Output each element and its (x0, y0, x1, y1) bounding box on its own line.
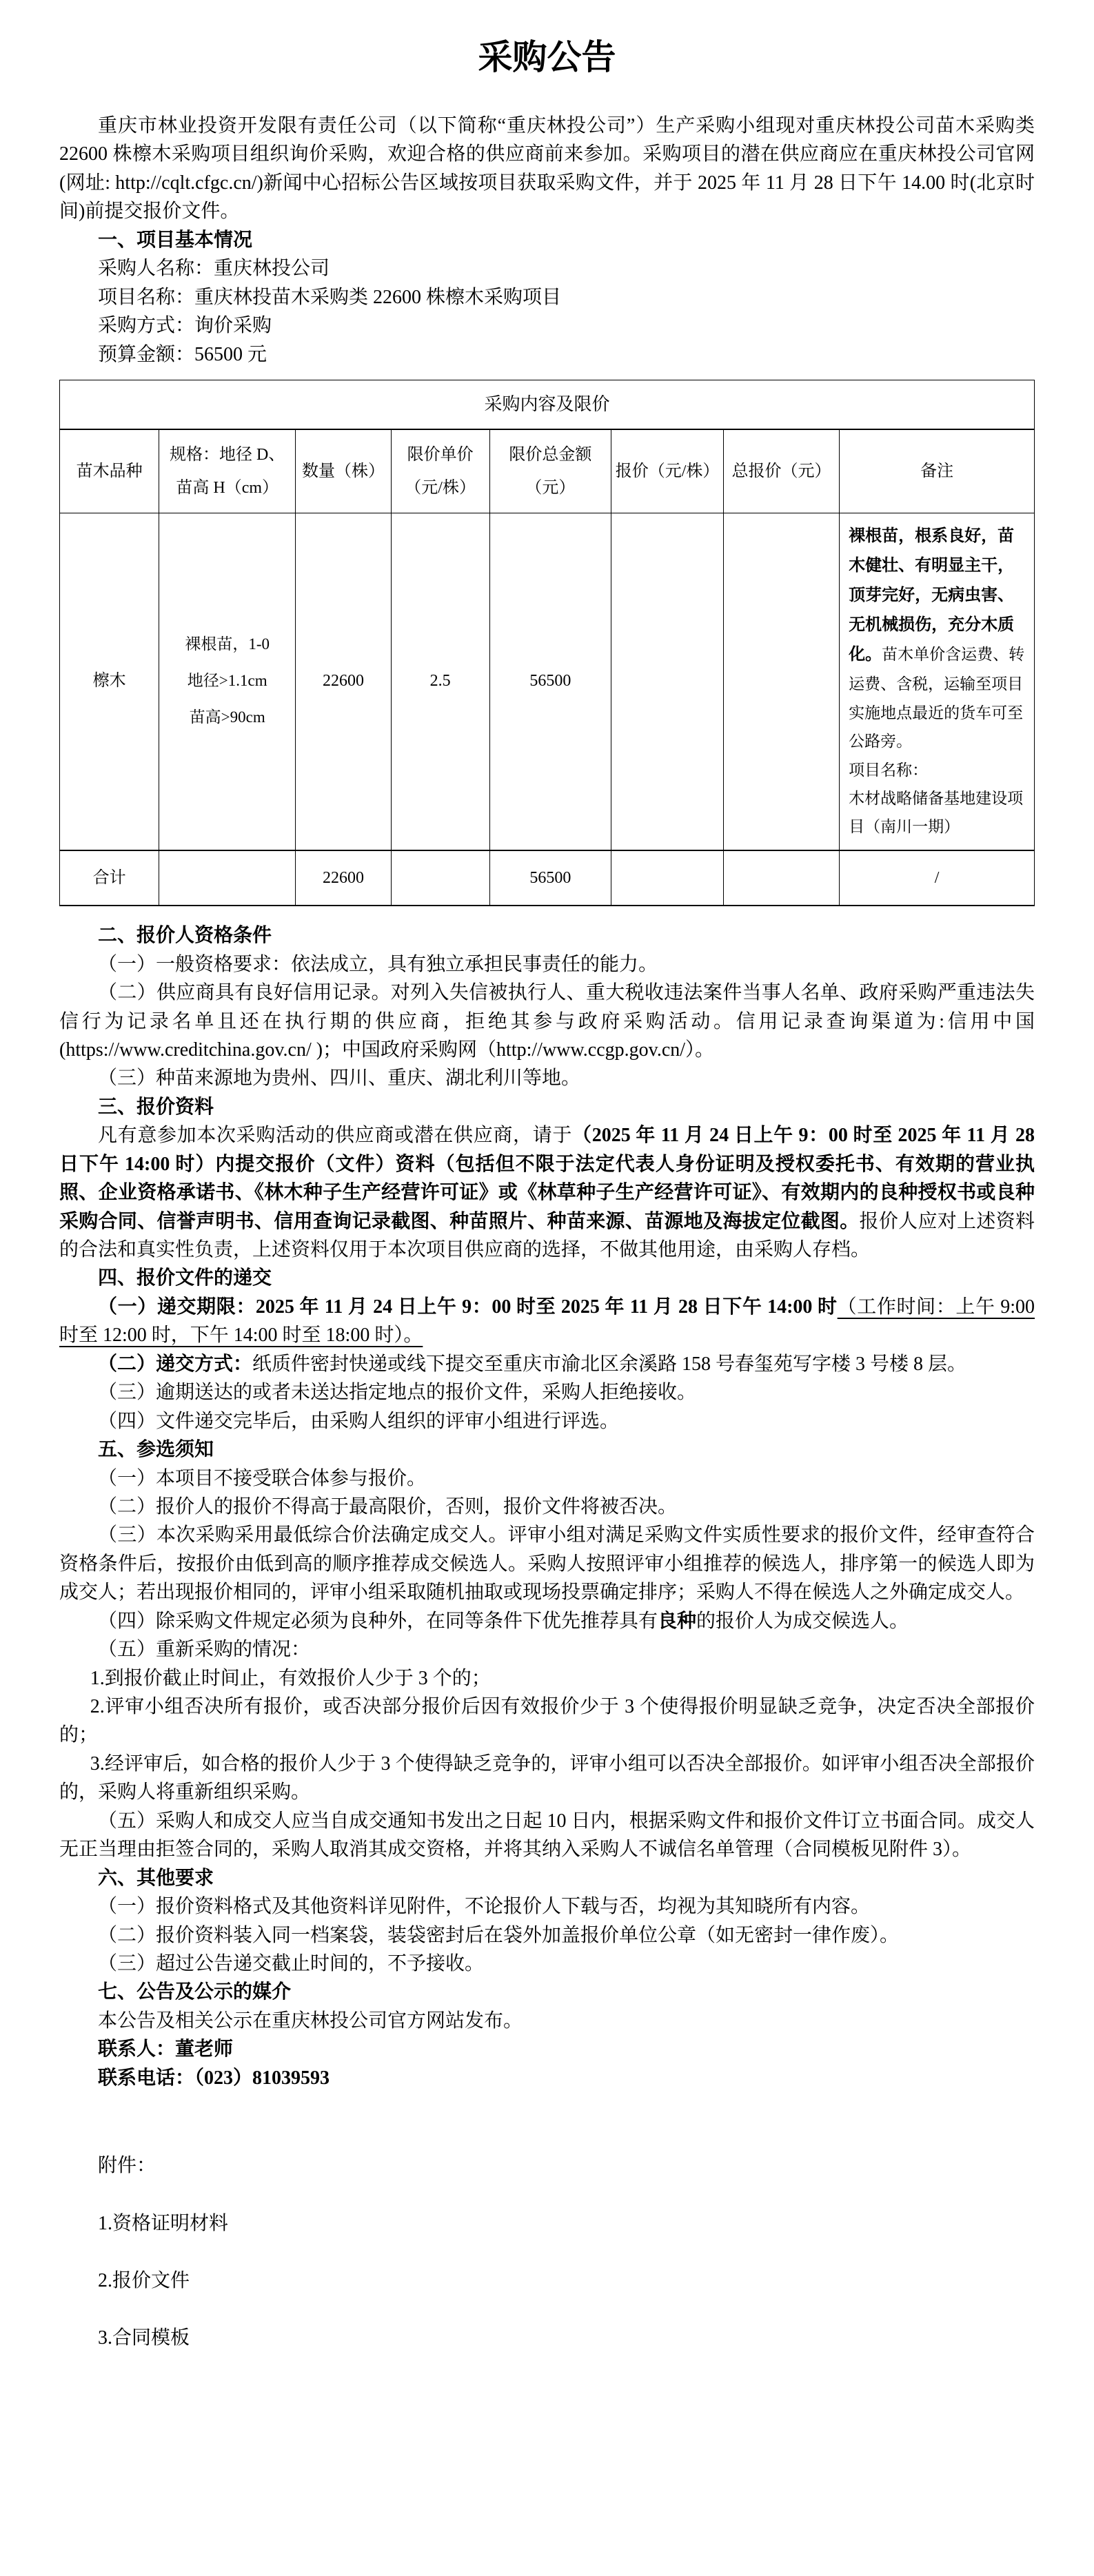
procurement-announcement-document: 采购公告 重庆市林业投资开发限有责任公司（以下简称“重庆林投公司”）生产采购小组… (0, 0, 1094, 2576)
contact-person-line: 联系人：董老师 (59, 2035, 1035, 2063)
budget-amount-line: 预算金额：56500 元 (59, 340, 1035, 369)
total-price-limit: 56500 (489, 850, 611, 906)
spec-line-3: 苗高>90cm (163, 699, 291, 736)
section7-heading: 七、公告及公示的媒介 (59, 1978, 1035, 2006)
cell-remark: 裸根苗，根系良好，苗木健壮、有明显主干，顶芽完好，无病虫害、无机械损伤，充分木质… (840, 513, 1035, 850)
table-caption: 采购内容及限价 (60, 380, 1035, 429)
cell-quote-empty (611, 513, 724, 850)
section5-item-4: （四）除采购文件规定必须为良种外，在同等条件下优先推荐具有良种的报价人为成交候选… (59, 1607, 1035, 1635)
cell-species: 檫木 (60, 513, 159, 850)
section6-heading: 六、其他要求 (59, 1864, 1035, 1892)
project-name-line: 项目名称：重庆林投苗木采购类 22600 株檫木采购项目 (59, 283, 1035, 311)
col-header-quantity: 数量（株） (296, 429, 392, 513)
section2-item-2: （二）供应商具有良好信用记录。对列入失信被执行人、重大税收违法案件当事人名单、政… (59, 979, 1035, 1064)
col-header-species: 苗木品种 (60, 429, 159, 513)
section5-item4-pre: （四）除采购文件规定必须为良种外，在同等条件下优先推荐具有 (98, 1611, 658, 1632)
section3-paragraph: 凡有意参加本次采购活动的供应商或潜在供应商，请于（2025 年 11 月 24 … (59, 1121, 1035, 1264)
col-header-total-quote: 总报价（元） (723, 429, 839, 513)
total-quantity: 22600 (296, 850, 392, 906)
total-remark: / (840, 850, 1035, 906)
col-header-unit-price-limit: 限价单价（元/株） (391, 429, 489, 513)
section5-subitem-1: 1.到报价截止时间止，有效报价人少于 3 个的； (59, 1664, 1035, 1693)
section6-item-3: （三）超过公告递交截止时间的，不予接收。 (59, 1950, 1035, 1978)
section6-item-1: （一）报价资料格式及其他资料详见附件，不论报价人下载与否，均视为其知晓所有内容。 (59, 1892, 1035, 1921)
submission-method-text: 纸质件密封快递或线下提交至重庆市渝北区余溪路 158 号春玺苑写字楼 3 号楼 … (252, 1353, 966, 1375)
total-label: 合计 (60, 850, 159, 906)
section2-item-3: （三）种苗来源地为贵州、四川、重庆、湖北利川等地。 (59, 1064, 1035, 1092)
section1-heading: 一、项目基本情况 (59, 226, 1035, 254)
section4-item-2: （二）递交方式：纸质件密封快递或线下提交至重庆市渝北区余溪路 158 号春玺苑写… (59, 1350, 1035, 1378)
section5-subitem-2: 2.评审小组否决所有报价，或否决部分报价后因有效报价少于 3 个使得报价明显缺乏… (59, 1693, 1035, 1750)
attachments-label: 附件： (59, 2151, 1035, 2180)
table-row-sassafras: 檫木 裸根苗，1-0 地径>1.1cm 苗高>90cm 22600 2.5 56… (60, 513, 1035, 850)
section2-heading: 二、报价人资格条件 (59, 921, 1035, 950)
total-quote-empty (611, 850, 724, 906)
table-total-row: 合计 22600 56500 / (60, 850, 1035, 906)
total-spec-empty (159, 850, 296, 906)
section5-item-2: （二）报价人的报价不得高于最高限价，否则，报价文件将被否决。 (59, 1493, 1035, 1521)
col-header-total-price-limit: 限价总金额（元） (489, 429, 611, 513)
submission-deadline-bold: （一）递交期限：2025 年 11 月 24 日上午 9：00 时至 2025 … (98, 1296, 838, 1318)
section5-item4-bold: 良种 (658, 1611, 696, 1632)
section5-item-6: （五）采购人和成交人应当自成交通知书发出之日起 10 日内，根据采购文件和报价文… (59, 1807, 1035, 1864)
spec-line-2: 地径>1.1cm (163, 663, 291, 699)
col-header-quote: 报价（元/株） (611, 429, 724, 513)
total-total-quote-empty (723, 850, 839, 906)
section5-item-5: （五）重新采购的情况： (59, 1635, 1035, 1664)
remark-project-name: 木材战略储备基地建设项目（南川一期） (849, 784, 1025, 841)
total-unit-empty (391, 850, 489, 906)
table-caption-row: 采购内容及限价 (60, 380, 1035, 429)
section3-heading: 三、报价资料 (59, 1093, 1035, 1121)
attachment-item-2: 2.报价文件 (59, 2267, 1035, 2295)
intro-paragraph: 重庆市林业投资开发限有责任公司（以下简称“重庆林投公司”）生产采购小组现对重庆林… (59, 112, 1035, 226)
section5-item4-post: 的报价人为成交候选人。 (696, 1611, 909, 1632)
procurement-table: 采购内容及限价 苗木品种 规格：地径 D、苗高 H（cm） 数量（株） 限价单价… (59, 380, 1035, 906)
table-header-row: 苗木品种 规格：地径 D、苗高 H（cm） 数量（株） 限价单价（元/株） 限价… (60, 429, 1035, 513)
section5-heading: 五、参选须知 (59, 1435, 1035, 1464)
section2-item-1: （一）一般资格要求：依法成立，具有独立承担民事责任的能力。 (59, 950, 1035, 979)
col-header-remark: 备注 (840, 429, 1035, 513)
cell-spec: 裸根苗，1-0 地径>1.1cm 苗高>90cm (159, 513, 296, 850)
cell-total-quote-empty (723, 513, 839, 850)
cell-unit-price-limit: 2.5 (391, 513, 489, 850)
contact-phone-line: 联系电话：（023）81039593 (59, 2064, 1035, 2092)
section4-item-4: （四）文件递交完毕后，由采购人组织的评审小组进行评选。 (59, 1407, 1035, 1435)
cell-quantity: 22600 (296, 513, 392, 850)
section4-item-3: （三）逾期送达的或者未送达指定地点的报价文件，采购人拒绝接收。 (59, 1378, 1035, 1407)
purchaser-name-line: 采购人名称：重庆林投公司 (59, 254, 1035, 283)
document-title: 采购公告 (59, 33, 1035, 81)
col-header-spec: 规格：地径 D、苗高 H（cm） (159, 429, 296, 513)
section6-item-2: （二）报价资料装入同一档案袋，装袋密封后在袋外加盖报价单位公章（如无密封一律作废… (59, 1921, 1035, 1950)
attachment-item-1: 1.资格证明材料 (59, 2209, 1035, 2238)
procurement-method-line: 采购方式：询价采购 (59, 311, 1035, 340)
remark-project-label: 项目名称： (849, 756, 1025, 784)
attachment-item-3: 3.合同模板 (59, 2324, 1035, 2352)
cell-total-price-limit: 56500 (489, 513, 611, 850)
section5-subitem-3: 3.经评审后，如合格的报价人少于 3 个使得缺乏竞争的，评审小组可以否决全部报价… (59, 1750, 1035, 1807)
section3-text-pre: 凡有意参加本次采购活动的供应商或潜在供应商，请于 (98, 1125, 572, 1146)
section5-item-3: （三）本次采购采用最低综合价法确定成交人。评审小组对满足采购文件实质性要求的报价… (59, 1521, 1035, 1606)
publication-media-line: 本公告及相关公示在重庆林投公司官方网站发布。 (59, 2007, 1035, 2035)
spec-line-1: 裸根苗，1-0 (163, 626, 291, 663)
section4-heading: 四、报价文件的递交 (59, 1264, 1035, 1292)
remark-bold-text: 裸根苗，根系良好，苗木健壮、有明显主干，顶芽完好，无病虫害、无机械损伤，充分木质… (849, 527, 1014, 664)
submission-method-label: （二）递交方式： (98, 1353, 252, 1375)
section5-item-1: （一）本项目不接受联合体参与报价。 (59, 1464, 1035, 1493)
section4-item-1: （一）递交期限：2025 年 11 月 24 日上午 9：00 时至 2025 … (59, 1293, 1035, 1350)
